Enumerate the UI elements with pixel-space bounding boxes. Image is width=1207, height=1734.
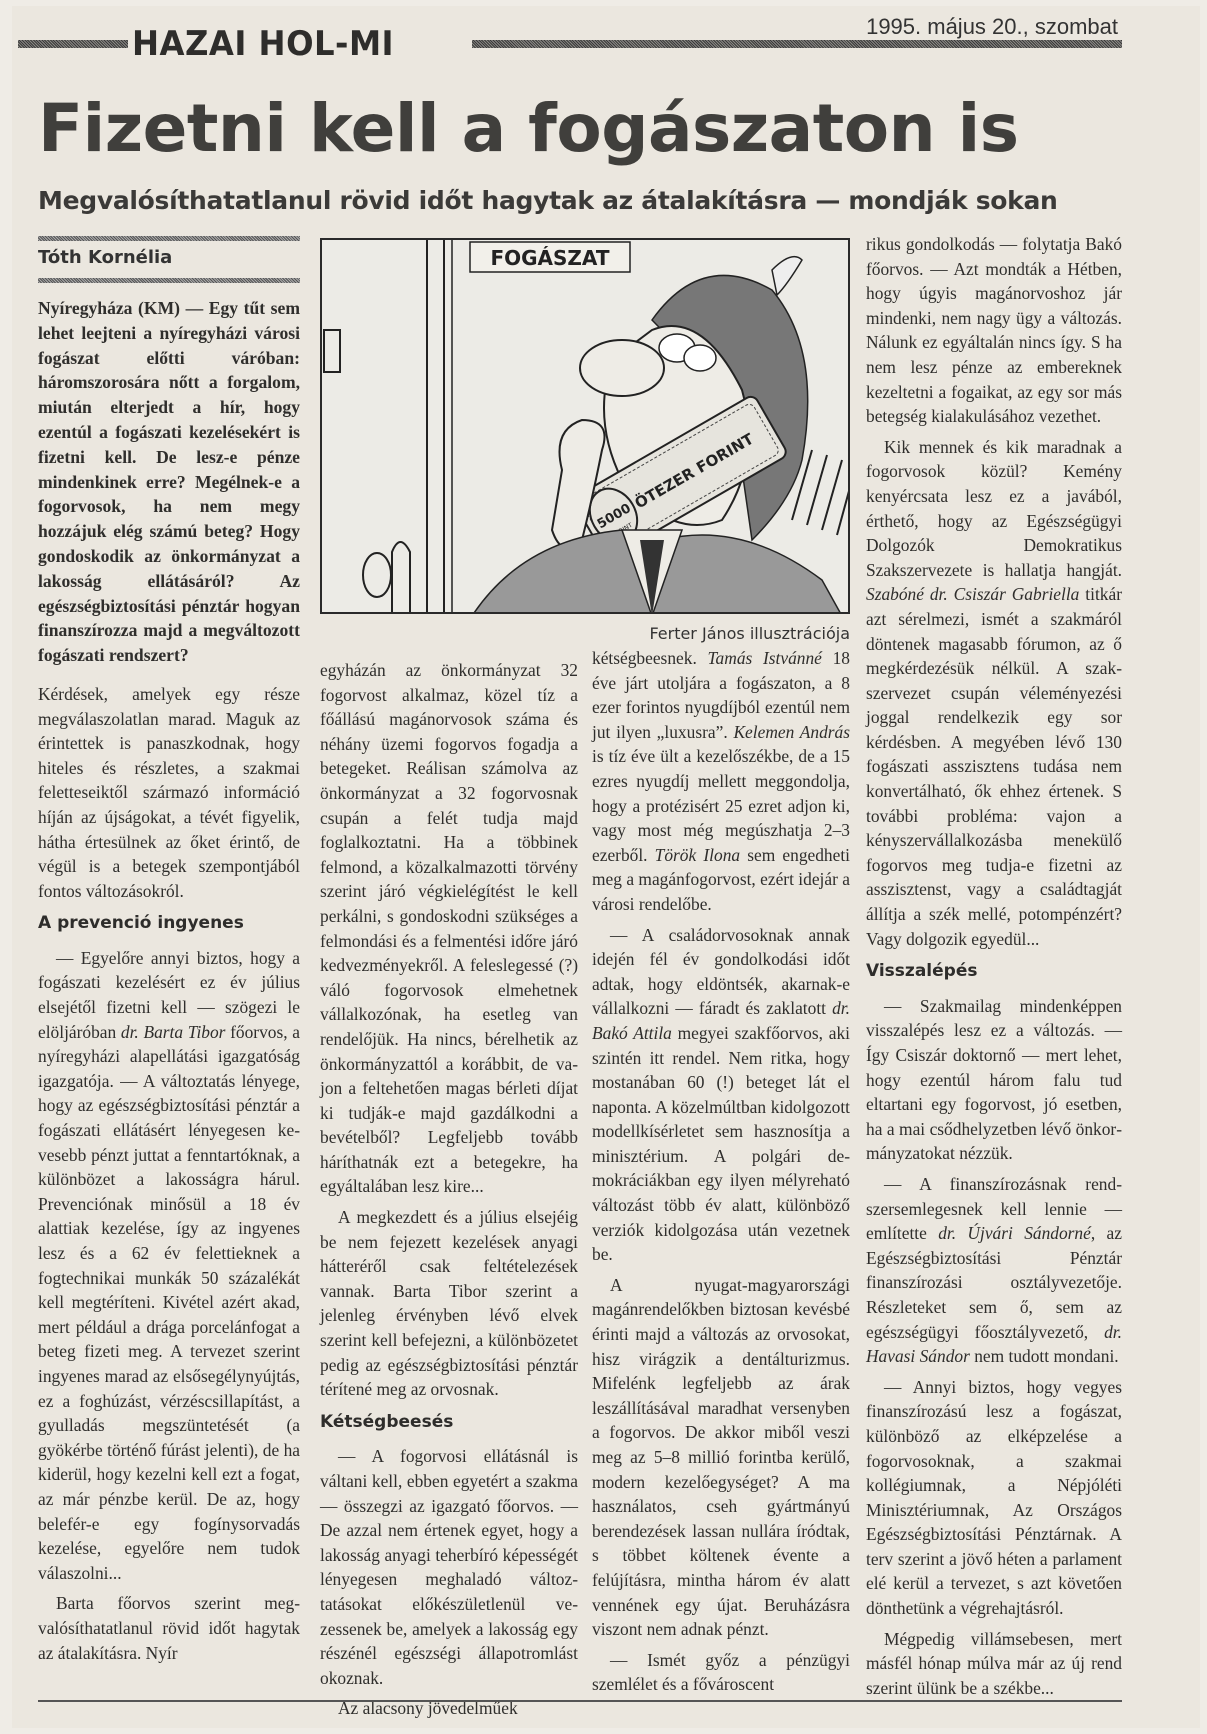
subhead-ketsegbeesés: Kétségbeesés [320, 1410, 578, 1435]
column-1: Nyíregyháza (KM) — Egy tűt sem lehet lee… [38, 296, 300, 1671]
paragraph: — Szakmailag mindenképpen visszalépés le… [866, 994, 1122, 1166]
dateline: 1995. május 20., szombat [866, 14, 1118, 40]
paragraph: rikus gondolkodás — folytatja Bakó főorv… [866, 232, 1122, 429]
paragraph: Kérdések, amelyek egy része megválaszola… [38, 682, 300, 903]
byline-rule-bottom [38, 278, 300, 283]
paragraph: Mégpedig villámsebesen, mert másfél hóna… [866, 1627, 1122, 1701]
headline: Fizetni kell a fogászaton is [38, 90, 1018, 167]
column-3: kétségbeesnek. Tamás Istvánné 18 éve jár… [592, 646, 850, 1703]
paragraph: — Annyi biztos, hogy ve­gyes finanszíroz… [866, 1375, 1122, 1621]
paragraph: A nyugat-magyarországi magánrendelőkben … [592, 1273, 850, 1642]
paragraph: — A családorvosoknak an­nak idején fél é… [592, 923, 850, 1267]
column-2: egyházán az önkormányzat 32 fogorvost al… [320, 658, 578, 1727]
paragraph: kétségbeesnek. Tamás Istvánné 18 éve jár… [592, 646, 850, 917]
paragraph: — A fogorvosi ellátásnál is váltani kell… [320, 1444, 578, 1690]
paragraph: Barta főorvos szerint meg­valósíthatatla… [38, 1591, 300, 1665]
bottom-rule [38, 1700, 1122, 1702]
column-4: rikus gondolkodás — folytatja Bakó főorv… [866, 232, 1122, 1706]
svg-text:FOGÁSZAT: FOGÁSZAT [490, 246, 609, 270]
dentist-cartoon-icon: FOGÁSZAT ÖTEZER FORINT 5000 FORINT [322, 240, 850, 614]
subhead-visszalepes: Visszalépés [866, 959, 1122, 984]
cartoon-caption: Ferter János illusztrációja [607, 624, 850, 643]
paragraph: — A finanszírozásnak rend­szersemlegesne… [866, 1172, 1122, 1369]
byline-block: Tóth Kornélia [38, 236, 300, 283]
paragraph: Kik mennek és kik marad­nak a fogorvosok… [866, 435, 1122, 951]
paragraph: — Egyelőre annyi biztos, hogy a fogászat… [38, 946, 300, 1585]
byline-author: Tóth Kornélia [38, 241, 300, 278]
header-rule-left [18, 40, 128, 48]
paragraph: A megkezdett és a július el­sejéig be ne… [320, 1205, 578, 1402]
lead-paragraph: Nyíregyháza (KM) — Egy tűt sem lehet lee… [38, 296, 300, 668]
subheadline: Megvalósíthatatlanul rövid időt hagytak … [38, 186, 1058, 215]
paragraph: egyházán az önkormányzat 32 fogorvost al… [320, 658, 578, 1199]
header-rule-right [472, 40, 1122, 48]
cartoon-illustration: FOGÁSZAT ÖTEZER FORINT 5000 FORINT [320, 238, 850, 614]
newspaper-page: HAZAI HOL-MI 1995. május 20., szombat Fi… [12, 6, 1200, 1728]
paragraph: — Ismét győz a pénzügyi szemlélet és a f… [592, 1648, 850, 1697]
section-title: HAZAI HOL-MI [132, 24, 394, 64]
subhead-prevencio: A prevenció ingyenes [38, 911, 300, 936]
